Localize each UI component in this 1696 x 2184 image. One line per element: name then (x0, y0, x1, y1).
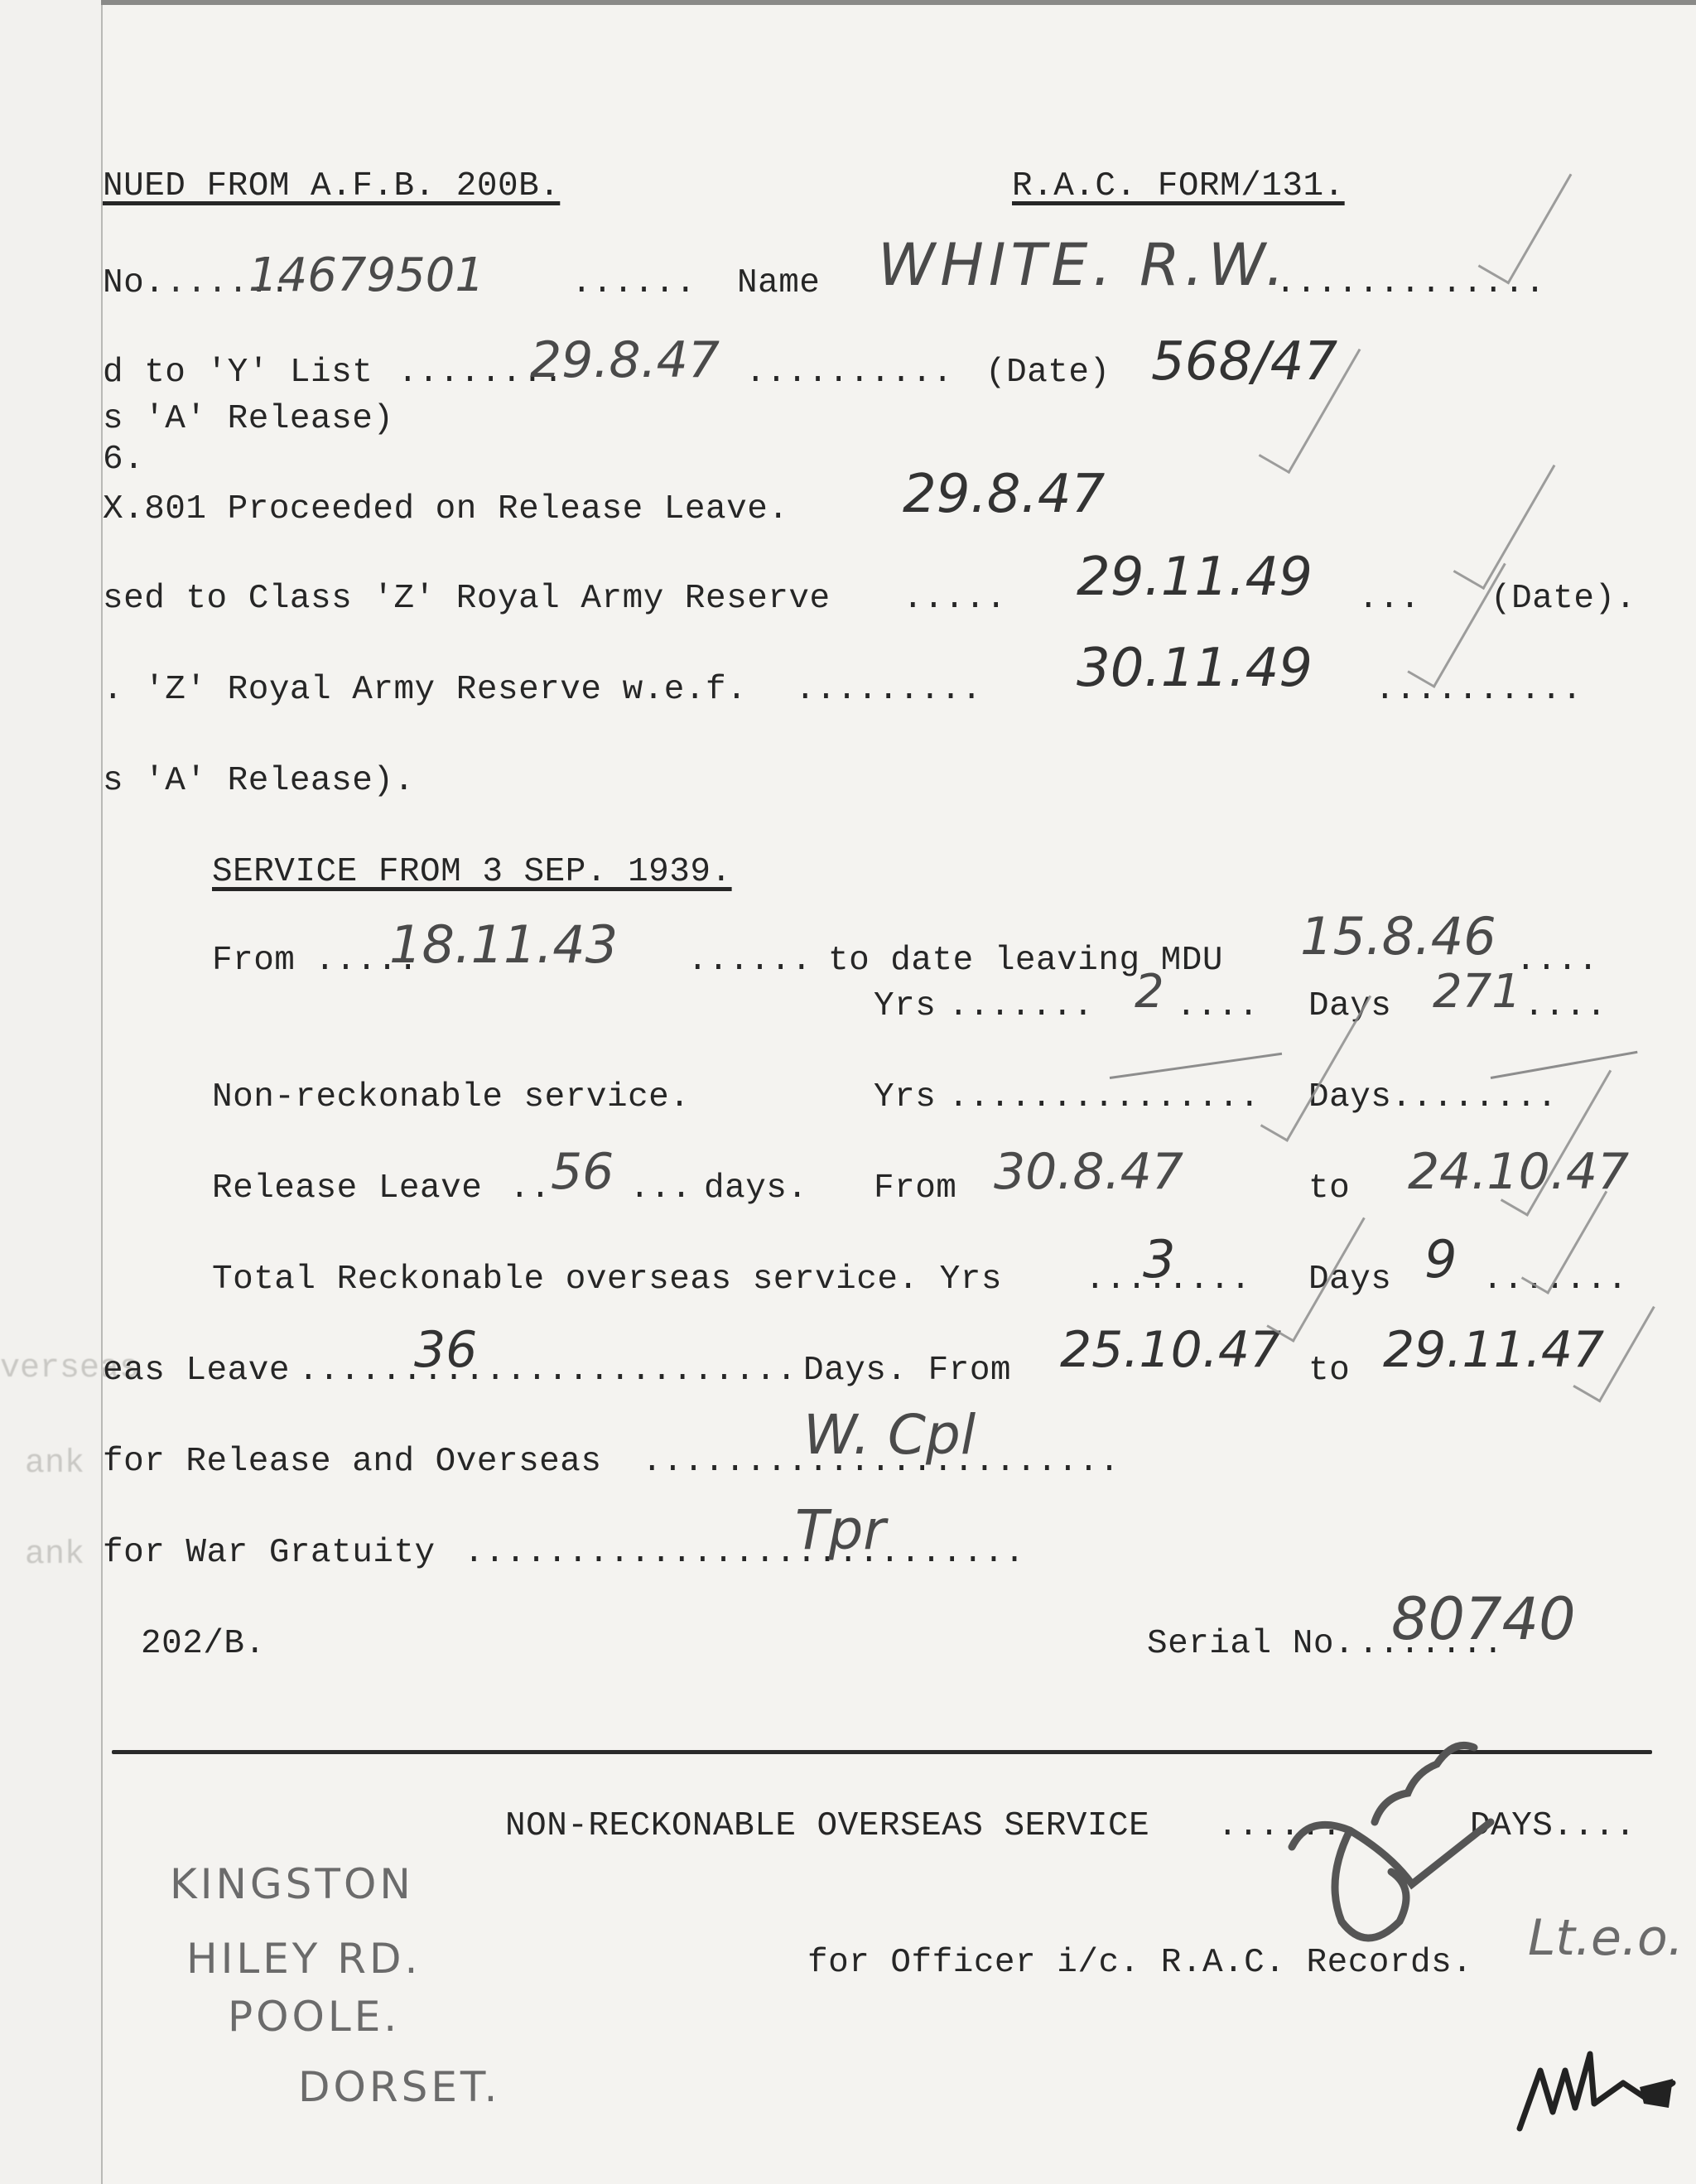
release-leave-label: Release Leave (212, 1172, 482, 1206)
initials-signature (1515, 2037, 1681, 2137)
x801-release-leave-label: X.801 Proceeded on Release Leave. (103, 493, 788, 527)
ghost-margin-text: ank (25, 1445, 84, 1483)
army-number-label: No. (103, 267, 165, 301)
date-label: (Date) (985, 356, 1111, 390)
service-from-label: From (212, 944, 295, 978)
service-days-value: 271 (1433, 969, 1521, 1015)
non-reckonable-days-label: Days (1308, 1081, 1391, 1115)
officer-signature (1275, 1723, 1524, 1971)
name-label: Name (737, 267, 820, 301)
class-z-wef-label: . 'Z' Royal Army Reserve w.e.f. (103, 673, 747, 707)
date-label: (Date). (1491, 582, 1636, 616)
x801-release-leave-date: 29.8.47 (903, 468, 1105, 521)
y-list-date: 29.8.47 (530, 335, 720, 385)
paragraph-number: 6. (103, 443, 144, 477)
service-from-date: 18.11.43 (389, 919, 618, 971)
rank-release-label: for Release and Overseas (103, 1445, 602, 1479)
total-overseas-yrs: 3 (1143, 1234, 1175, 1285)
total-overseas-days: 9 (1424, 1234, 1457, 1285)
service-to-date: 15.8.46 (1300, 911, 1496, 962)
class-z-transfer-date: 29.11.49 (1077, 551, 1313, 604)
release-leave-days: 56 (551, 1147, 614, 1197)
class-a-release-note: s 'A' Release). (103, 764, 415, 798)
non-reckonable-label: Non-reckonable service. (212, 1081, 690, 1115)
release-from-date: 30.8.47 (994, 1147, 1183, 1197)
form-reference: 202/B. (141, 1627, 266, 1661)
form-continued-title: NUED FROM A.F.B. 200B. (103, 170, 560, 204)
underlying-page-strip (101, 0, 1696, 5)
class-a-release-note: s 'A' Release) (103, 403, 393, 436)
release-leave-days-label: days. (704, 1172, 808, 1206)
form-number-title: R.A.C. FORM/131. (1012, 170, 1345, 204)
service-yrs-label: Yrs (874, 990, 936, 1024)
ghost-margin-text: ank (25, 1536, 84, 1574)
release-from-label: From (874, 1172, 956, 1206)
non-reckonable-overseas-label: NON-RECKONABLE OVERSEAS SERVICE (505, 1810, 1149, 1844)
army-number-value: 14679501 (248, 253, 484, 299)
rank-gratuity-label: for War Gratuity (103, 1536, 436, 1570)
y-list-label: d to 'Y' List (103, 356, 373, 390)
overseas-leave-to-date: 29.11.47 (1383, 1325, 1604, 1375)
address-line: DORSET. (298, 2066, 500, 2108)
address-line: POOLE. (228, 1996, 400, 2037)
release-to-label: to (1308, 1172, 1350, 1206)
address-line: KINGSTON (170, 1863, 414, 1905)
name-value: WHITE. R.W. (878, 236, 1289, 294)
service-yrs-value: 2 (1135, 969, 1164, 1015)
address-line: HILEY RD. (186, 1938, 421, 1979)
overseas-leave-label: eas Leave (103, 1354, 290, 1388)
rank-gratuity-value: Tpr (795, 1503, 885, 1558)
serial-number-value: 80740 (1391, 1590, 1576, 1648)
overseas-leave-from-label: Days. From (803, 1354, 1011, 1388)
rank-release-value: W. Cpl (803, 1408, 976, 1463)
non-reckonable-yrs-label: Yrs (874, 1081, 936, 1115)
officer-initials: Lt.e.o. (1528, 1913, 1684, 1963)
class-z-wef-date: 30.11.49 (1077, 642, 1313, 695)
serial-number-label: Serial No. (1147, 1627, 1355, 1661)
overseas-leave-days: 36 (414, 1325, 477, 1375)
service-heading: SERVICE FROM 3 SEP. 1939. (212, 856, 732, 890)
overseas-leave-from-date: 25.10.47 (1060, 1325, 1281, 1375)
overseas-leave-to-label: to (1308, 1354, 1350, 1388)
total-overseas-label: Total Reckonable overseas service. Yrs (212, 1263, 1002, 1297)
class-z-transfer-label: sed to Class 'Z' Royal Army Reserve (103, 582, 831, 616)
